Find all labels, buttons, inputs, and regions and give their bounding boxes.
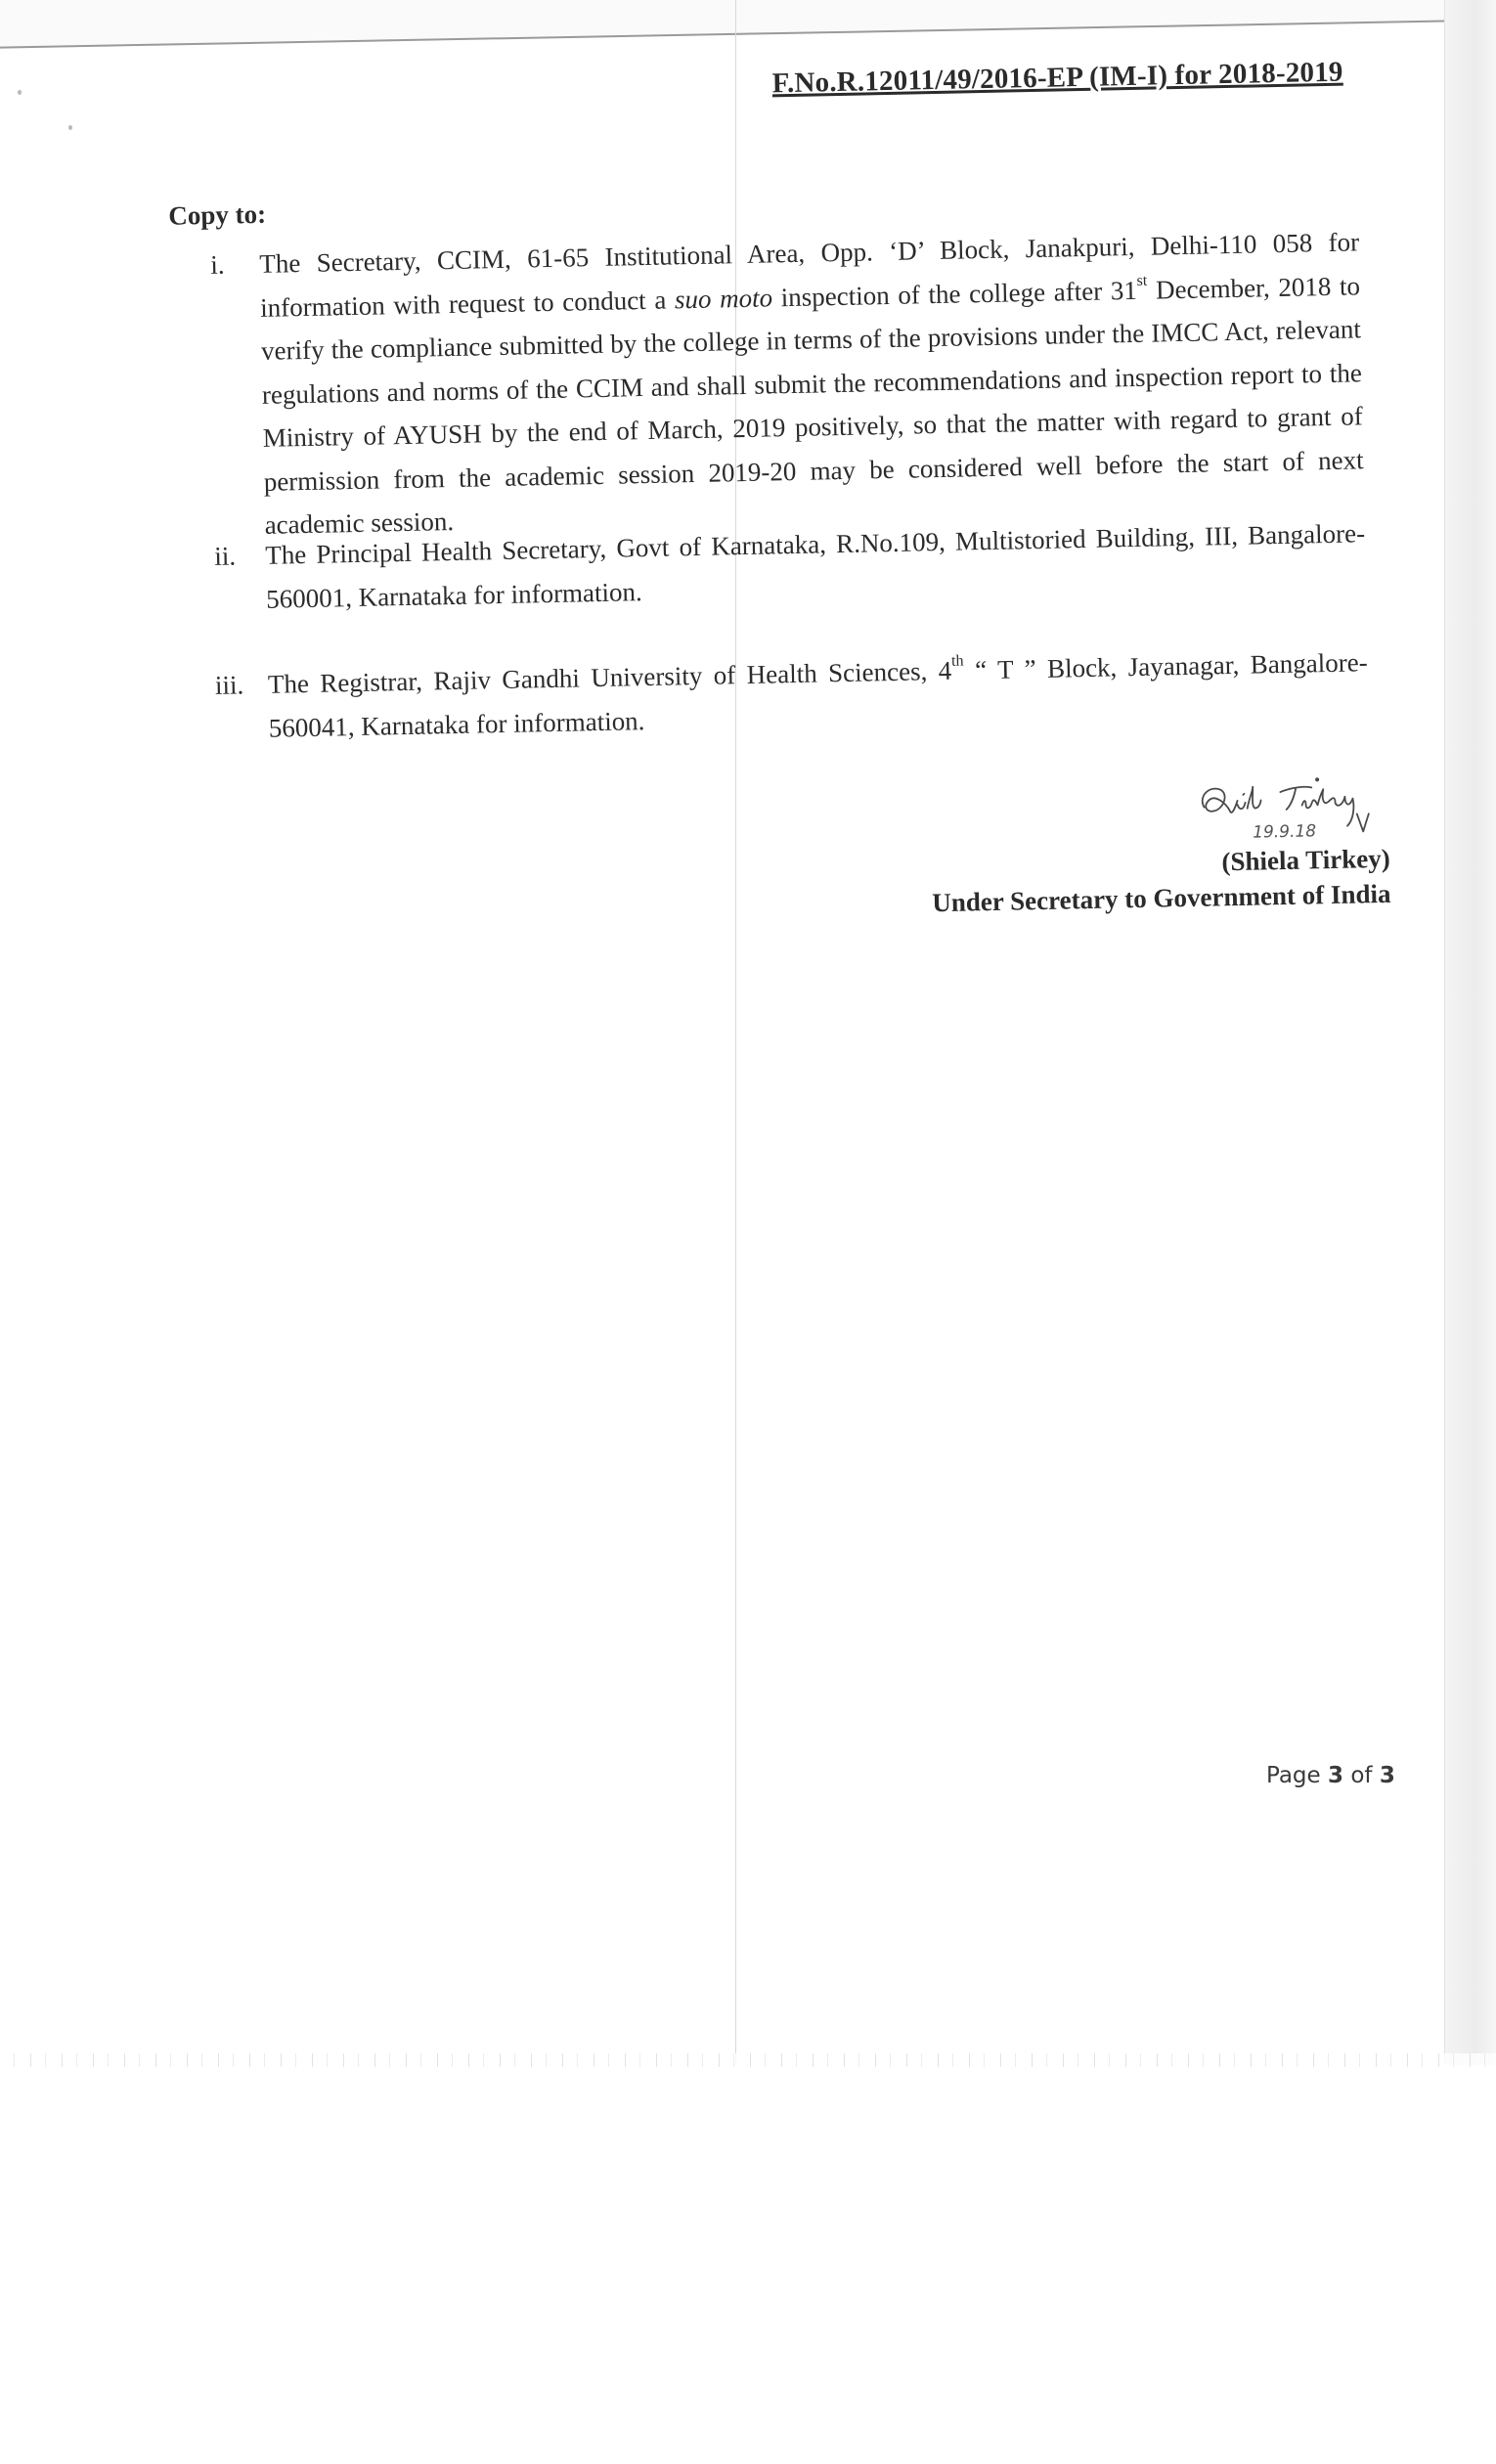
ordinal-superscript: th [951,653,964,670]
signature-date: 19.9.18 [1253,821,1316,842]
copy-to-item: iii. The Registrar, Rajiv Gandhi Univers… [267,640,1369,750]
item-text: The Principal Health Secretary, Govt of … [265,518,1365,613]
page-label: Page [1266,1763,1328,1788]
copy-to-label: Copy to: [168,199,266,232]
item-text: inspection of the college after 31 [772,275,1137,311]
copy-to-item: i. The Secretary, CCIM, 61-65 Institutio… [259,220,1365,547]
file-number: F.No.R.12011/49/2016-EP (IM-I) for 2018-… [771,57,1342,101]
item-italic-text: suo moto [675,283,773,314]
item-number: ii. [214,534,262,578]
page-of-label: of [1343,1763,1380,1788]
signer-title: Under Secretary to Government of India [932,879,1391,918]
item-text: The Registrar, Rajiv Gandhi University o… [268,656,952,699]
current-page: 3 [1328,1763,1343,1788]
signer-name: (Shiela Tirkey) [1221,844,1390,877]
page-number: Page 3 of 3 [1266,1763,1395,1788]
scanned-page: F.No.R.12011/49/2016-EP (IM-I) for 2018-… [0,0,1496,2065]
total-pages: 3 [1380,1763,1395,1788]
item-number: iii. [214,663,262,707]
item-number: i. [210,242,258,286]
